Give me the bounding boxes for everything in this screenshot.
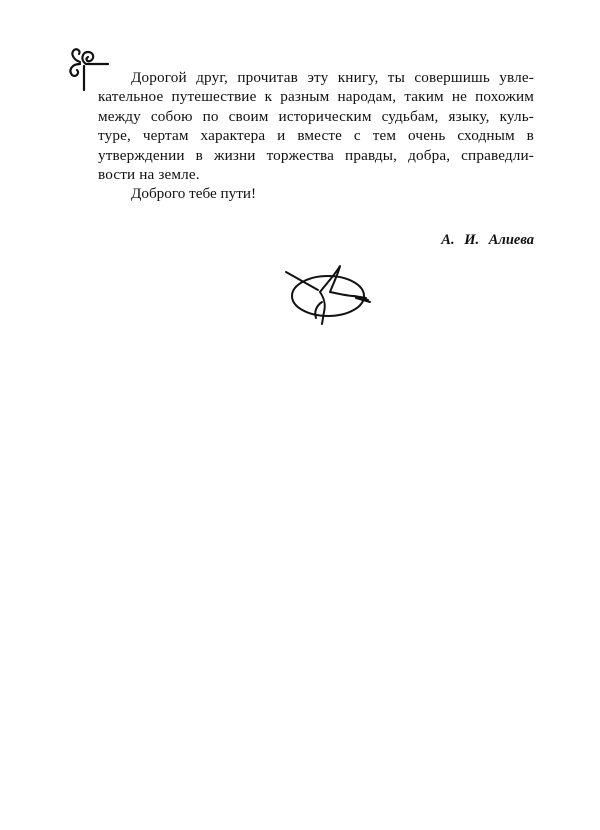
- foreword-text: Дорогой друг, прочитав эту книгу, ты сов…: [98, 68, 534, 204]
- paragraph-line: утверждении в жизни торжества правды, до…: [98, 146, 534, 165]
- paragraph-line: Дорогой друг, прочитав эту книгу, ты сов…: [98, 68, 534, 87]
- closing-wish: Доброго тебе пути!: [98, 184, 534, 203]
- paragraph-line: вости на земле.: [98, 165, 534, 184]
- paragraph-line: между собою по своим историческим судьба…: [98, 107, 534, 126]
- bird-oval-emblem-icon: [284, 262, 376, 334]
- paragraph-line: кательное путешествие к разным народам, …: [98, 87, 534, 106]
- paragraph-line: туре, чертам характера и вместе с тем оч…: [98, 126, 534, 145]
- author-signature: А. И. Алиева: [441, 232, 534, 249]
